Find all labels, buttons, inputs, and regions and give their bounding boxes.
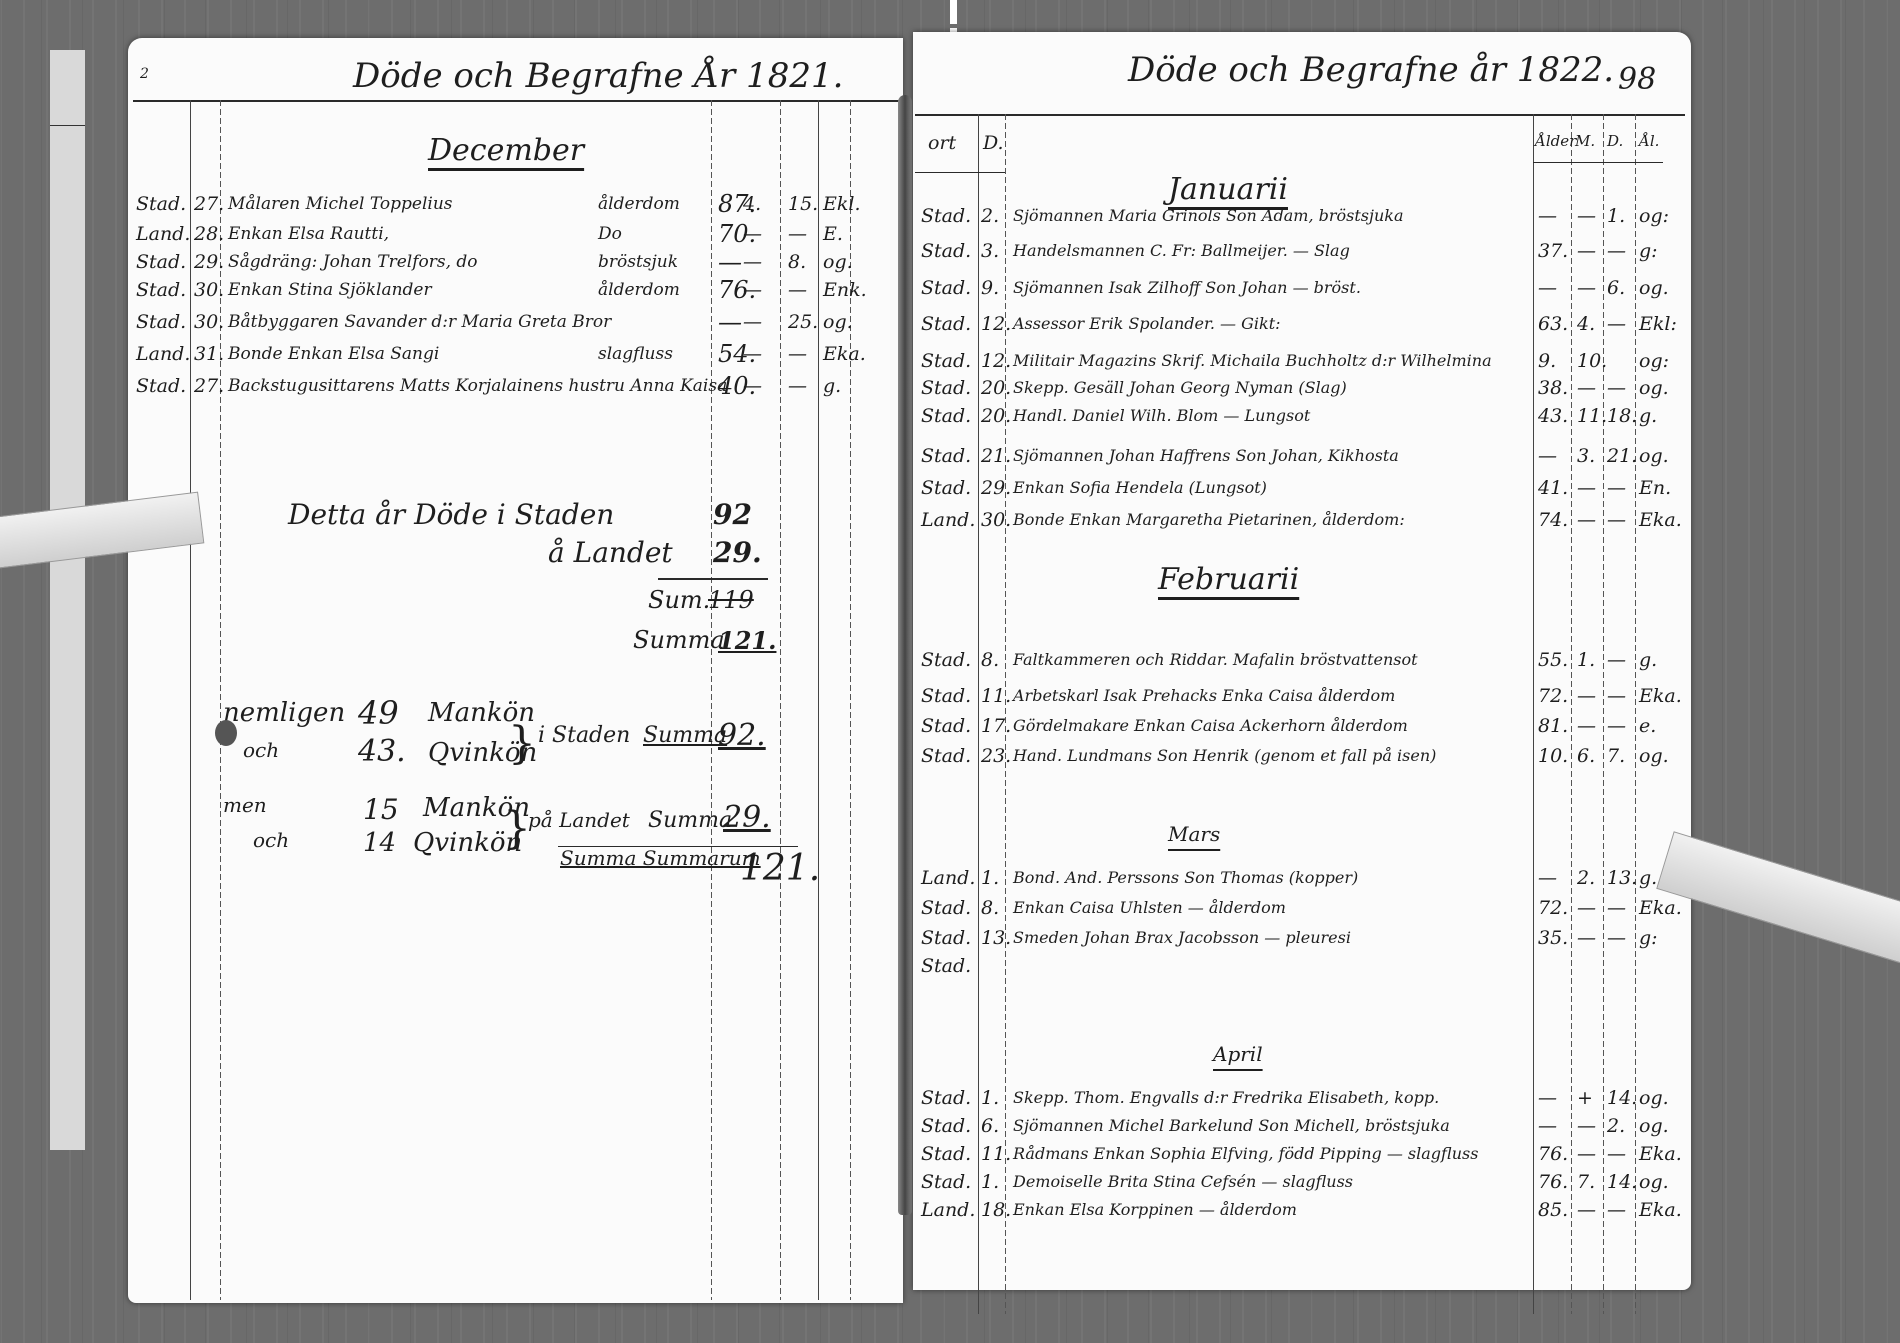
summary-city-label: Detta år Döde i Staden (288, 498, 614, 531)
entry-day: 27. (194, 188, 224, 220)
entry-place: Stad. (921, 740, 971, 772)
entry-age: 85. (1538, 1194, 1568, 1226)
entry-day: 30. (194, 274, 224, 306)
entry-days: 21. (1607, 440, 1637, 472)
entry-row: Stad.3.Handelsmannen C. Fr: Ballmeijer. … (913, 235, 1691, 267)
entry-text: Faltkammeren och Riddar. Mafalin bröstva… (1013, 644, 1418, 676)
entry-status: og. (1639, 440, 1669, 472)
entry-age: 63. (1538, 308, 1568, 340)
entry-row: Stad.30.Enkan Stina Sjöklanderålderdom76… (128, 274, 903, 306)
left-page: 2 Döde och Begrafne År 1821. December St… (128, 38, 903, 1303)
entry-day: 9. (981, 272, 999, 304)
breakdown-count: 15 (363, 793, 399, 826)
entry-months: — (743, 306, 762, 338)
entry-row: Stad.27.Backstugusittarens Matts Korjala… (128, 370, 903, 402)
entry-text: Enkan Stina Sjöklander (228, 274, 432, 306)
entry-status: og. (1639, 272, 1669, 304)
page-number: 98 (1618, 62, 1656, 97)
entry-row: Stad. (913, 950, 1691, 982)
entry-place: Stad. (136, 306, 186, 338)
entry-days: 7. (1607, 740, 1625, 772)
entry-day: 2. (981, 200, 999, 232)
entry-text: Båtbyggaren Savander d:r Maria Greta Bro… (228, 306, 611, 338)
spine-clip-marks (950, 0, 980, 24)
entry-age: 72. (1538, 892, 1568, 924)
entry-days: — (1607, 504, 1626, 536)
entry-text: Handl. Daniel Wilh. Blom — Lungsot (1013, 400, 1310, 432)
book-spine (898, 95, 912, 1215)
entry-row: Stad.9.Sjömannen Isak Zilhoff Son Johan … (913, 272, 1691, 304)
breakdown-count: 43. (358, 734, 406, 769)
entry-months: 3. (1577, 440, 1595, 472)
entry-place: Stad. (921, 892, 971, 924)
entry-status: g. (1639, 400, 1657, 432)
grand-total-label: Summa Summarum (560, 846, 761, 870)
month-heading: Mars (1168, 822, 1220, 846)
sum-crossed-value: 119 (708, 586, 754, 614)
entry-age: — (718, 306, 742, 338)
entry-status: g. (1639, 644, 1657, 676)
breakdown-prefix: men (223, 793, 267, 817)
entry-days: 15. (788, 188, 818, 220)
subheader-rule (1533, 162, 1663, 163)
sum-label: Sum. (648, 586, 710, 614)
entry-row: Stad.29.Enkan Sofia Hendela (Lungsot)41.… (913, 472, 1691, 504)
entry-place: Stad. (921, 272, 971, 304)
entry-age: 37. (1538, 235, 1568, 267)
entry-row: Stad.17.Gördelmakare Enkan Caisa Ackerho… (913, 710, 1691, 742)
entry-day: 12. (981, 308, 1011, 340)
entry-text: Målaren Michel Toppelius (228, 188, 453, 220)
entry-age: — (1538, 272, 1557, 304)
header-rule (915, 114, 1685, 116)
entry-age: — (1538, 862, 1557, 894)
header-day: D. (983, 132, 1004, 154)
summa-value: 121. (718, 626, 776, 655)
entry-row: Stad.21.Sjömannen Johan Haffrens Son Joh… (913, 440, 1691, 472)
entry-status: g. (1639, 862, 1657, 894)
entry-age: 43. (1538, 400, 1568, 432)
entry-text: Hand. Lundmans Son Henrik (genom et fall… (1013, 740, 1436, 772)
entry-days: — (788, 274, 807, 306)
entry-months: 11. (1577, 400, 1607, 432)
entry-months: 4. (743, 188, 761, 220)
entry-months: — (1577, 235, 1596, 267)
header-status: Ål. (1639, 132, 1659, 150)
entry-months: 6. (1577, 740, 1595, 772)
entry-months: — (1577, 892, 1596, 924)
entry-day: 29. (981, 472, 1011, 504)
entry-days: — (1607, 892, 1626, 924)
breakdown-count: 14 (363, 828, 396, 858)
entry-months: — (1577, 272, 1596, 304)
month-heading: December (428, 133, 584, 168)
entry-place: Stad. (136, 274, 186, 306)
entry-status: g. (823, 370, 841, 402)
group-city-sum-label: Summa (643, 723, 727, 748)
entry-months: 2. (1577, 862, 1595, 894)
entry-row: Stad.12.Assessor Erik Spolander. — Gikt:… (913, 308, 1691, 340)
entry-day: 20. (981, 400, 1011, 432)
entry-text: Sjömannen Maria Grinols Son Adam, brösts… (1013, 200, 1403, 232)
entry-place: Stad. (921, 440, 971, 472)
group-city-label: i Staden (538, 723, 630, 748)
entry-age: 10. (1538, 740, 1568, 772)
subheader-rule (915, 172, 1005, 173)
entry-row: Stad.20.Handl. Daniel Wilh. Blom — Lungs… (913, 400, 1691, 432)
entry-days: — (788, 338, 807, 370)
page-title: Döde och Begrafne år 1822. (1128, 50, 1614, 90)
entry-months: — (1577, 472, 1596, 504)
entry-day: 31. (194, 338, 224, 370)
breakdown-prefix: och (253, 828, 289, 852)
entry-status: En. (1639, 472, 1671, 504)
ink-blot (215, 720, 237, 746)
entry-months: — (743, 338, 762, 370)
header-place: ort (928, 132, 956, 154)
entry-place: Stad. (921, 200, 971, 232)
breakdown-prefix: nemligen (223, 698, 345, 728)
entry-status: Eka. (1639, 1194, 1682, 1226)
entry-days: — (1607, 308, 1626, 340)
group-country-label: på Landet (528, 808, 630, 832)
entry-age: 72. (1538, 680, 1568, 712)
entry-text: Enkan Caisa Uhlsten — ålderdom (1013, 892, 1286, 924)
entry-days: 13. (1607, 862, 1637, 894)
page-title: Döde och Begrafne År 1821. (353, 56, 843, 96)
entry-day: 1. (981, 862, 999, 894)
entry-text: Backstugusittarens Matts Korjalainens hu… (228, 370, 727, 402)
entry-months: — (743, 370, 762, 402)
entry-cause: ålderdom (598, 274, 680, 306)
entry-day: 11. (981, 680, 1011, 712)
entry-months: — (743, 274, 762, 306)
entry-days: — (1607, 235, 1626, 267)
entry-months: — (1577, 504, 1596, 536)
entry-age: — (1538, 200, 1557, 232)
entry-status: og: (1639, 200, 1669, 232)
entry-day: 30. (194, 306, 224, 338)
entry-text: Arbetskarl Isak Prehacks Enka Caisa ålde… (1013, 680, 1395, 712)
entry-days: 6. (1607, 272, 1625, 304)
entry-place: Stad. (136, 370, 186, 402)
entry-text: Enkan Elsa Korppinen — ålderdom (1013, 1194, 1297, 1226)
entry-days: — (788, 370, 807, 402)
grand-total-value: 121. (740, 848, 820, 889)
entry-place: Stad. (921, 680, 971, 712)
breakdown-count: 49 (358, 694, 399, 732)
entry-row: Stad.27.Målaren Michel Toppeliusålderdom… (128, 188, 903, 220)
entry-day: 18. (981, 1194, 1011, 1226)
corner-mark: 2 (140, 66, 149, 82)
header-rule (133, 100, 903, 102)
entry-place: Stad. (921, 235, 971, 267)
entry-day: 27. (194, 370, 224, 402)
entry-months: 1. (1577, 644, 1595, 676)
entry-status: Enk. (823, 274, 867, 306)
entry-text: Gördelmakare Enkan Caisa Ackerhorn ålder… (1013, 710, 1408, 742)
brace-icon: } (503, 803, 531, 854)
entry-day: 23. (981, 740, 1011, 772)
group-country-sum-value: 29. (723, 800, 771, 835)
entry-place: Stad. (921, 472, 971, 504)
entry-place: Land. (921, 504, 975, 536)
entry-row: Land.31.Bonde Enkan Elsa Sangislagfluss5… (128, 338, 903, 370)
entry-place: Stad. (136, 188, 186, 220)
entry-status: Eka. (823, 338, 866, 370)
entry-days: 25. (788, 306, 818, 338)
entry-place: Land. (921, 1194, 975, 1226)
entry-age: 55. (1538, 644, 1568, 676)
entry-status: og. (823, 306, 853, 338)
entry-days: 18. (1607, 400, 1637, 432)
entry-row: Stad.30.Båtbyggaren Savander d:r Maria G… (128, 306, 903, 338)
entry-age: 74. (1538, 504, 1568, 536)
entry-age: — (1538, 440, 1557, 472)
entry-age: 81. (1538, 710, 1568, 742)
entry-row: Stad.2.Sjömannen Maria Grinols Son Adam,… (913, 200, 1691, 232)
previous-page-rule (50, 125, 85, 126)
entry-months: — (1577, 710, 1596, 742)
month-heading: April (1213, 1042, 1263, 1066)
entry-status: Eka. (1639, 680, 1682, 712)
entry-row: Land.30.Bonde Enkan Margaretha Pietarine… (913, 504, 1691, 536)
entry-status: Eka. (1639, 504, 1682, 536)
entry-status: Ekl. (823, 188, 861, 220)
entry-status: Eka. (1639, 892, 1682, 924)
entry-days: — (1607, 1194, 1626, 1226)
entry-text: Sjömannen Johan Haffrens Son Johan, Kikh… (1013, 440, 1399, 472)
entry-place: Land. (136, 338, 190, 370)
entry-place: Stad. (921, 308, 971, 340)
entry-place: Stad. (921, 710, 971, 742)
entry-days: — (1607, 710, 1626, 742)
entry-months: — (1577, 1194, 1596, 1226)
header-months: M. (1575, 132, 1595, 150)
summa-label: Summa (633, 626, 725, 654)
entry-day: 3. (981, 235, 999, 267)
entry-row: Land.18.Enkan Elsa Korppinen — ålderdom8… (913, 1194, 1691, 1226)
entry-day: 30. (981, 504, 1011, 536)
entry-row: Stad.23.Hand. Lundmans Son Henrik (genom… (913, 740, 1691, 772)
entry-place: Stad. (921, 644, 971, 676)
summary-country-value: 29. (713, 536, 762, 569)
entry-day: 8. (981, 644, 999, 676)
group-city-sum-value: 92. (718, 718, 766, 753)
brace-icon: } (508, 718, 536, 769)
entry-text: Assessor Erik Spolander. — Gikt: (1013, 308, 1281, 340)
entry-days: 1. (1607, 200, 1625, 232)
summary-country-label: å Landet (548, 536, 673, 569)
entry-status: Ekl: (1639, 308, 1677, 340)
header-age: Ålder (1535, 132, 1576, 150)
entry-text: Bonde Enkan Margaretha Pietarinen, ålder… (1013, 504, 1405, 536)
entry-row: Stad.8.Enkan Caisa Uhlsten — ålderdom72.… (913, 892, 1691, 924)
entry-cause: ålderdom (598, 188, 680, 220)
entry-text: Bonde Enkan Elsa Sangi (228, 338, 439, 370)
summary-rule (658, 578, 768, 580)
entry-text: Bond. And. Perssons Son Thomas (kopper) (1013, 862, 1358, 894)
entry-text: Handelsmannen C. Fr: Ballmeijer. — Slag (1013, 235, 1350, 267)
entry-months: — (1577, 680, 1596, 712)
entry-row: Stad.8.Faltkammeren och Riddar. Mafalin … (913, 644, 1691, 676)
entry-place: Land. (921, 862, 975, 894)
entry-status: og. (1639, 740, 1669, 772)
header-days: D. (1607, 132, 1623, 150)
entry-cause: slagfluss (598, 338, 673, 370)
entry-months: 4. (1577, 308, 1595, 340)
entry-row: Land.1.Bond. And. Perssons Son Thomas (k… (913, 862, 1691, 894)
group-country-sum-label: Summa (648, 808, 732, 833)
entry-months: — (1577, 200, 1596, 232)
month-heading: Februarii (1158, 562, 1299, 597)
previous-page-edge (50, 50, 85, 1150)
entry-text: Enkan Sofia Hendela (Lungsot) (1013, 472, 1267, 504)
entry-status: g: (1639, 235, 1658, 267)
summary-city-value: 92 (713, 498, 752, 531)
entry-place: Stad. (921, 950, 971, 982)
breakdown-prefix: och (243, 738, 279, 762)
entry-row: Stad.11.Arbetskarl Isak Prehacks Enka Ca… (913, 680, 1691, 712)
entry-days: — (1607, 680, 1626, 712)
entry-days: — (1607, 472, 1626, 504)
entry-text: Sjömannen Isak Zilhoff Son Johan — bröst… (1013, 272, 1361, 304)
entry-place: Stad. (921, 400, 971, 432)
entry-day: 17. (981, 710, 1011, 742)
right-page: Döde och Begrafne år 1822. 98 ort D. Åld… (913, 32, 1691, 1290)
entry-days: — (1607, 644, 1626, 676)
entry-day: 8. (981, 892, 999, 924)
entry-day: 21. (981, 440, 1011, 472)
entry-age: 41. (1538, 472, 1568, 504)
entry-status: e. (1639, 710, 1656, 742)
